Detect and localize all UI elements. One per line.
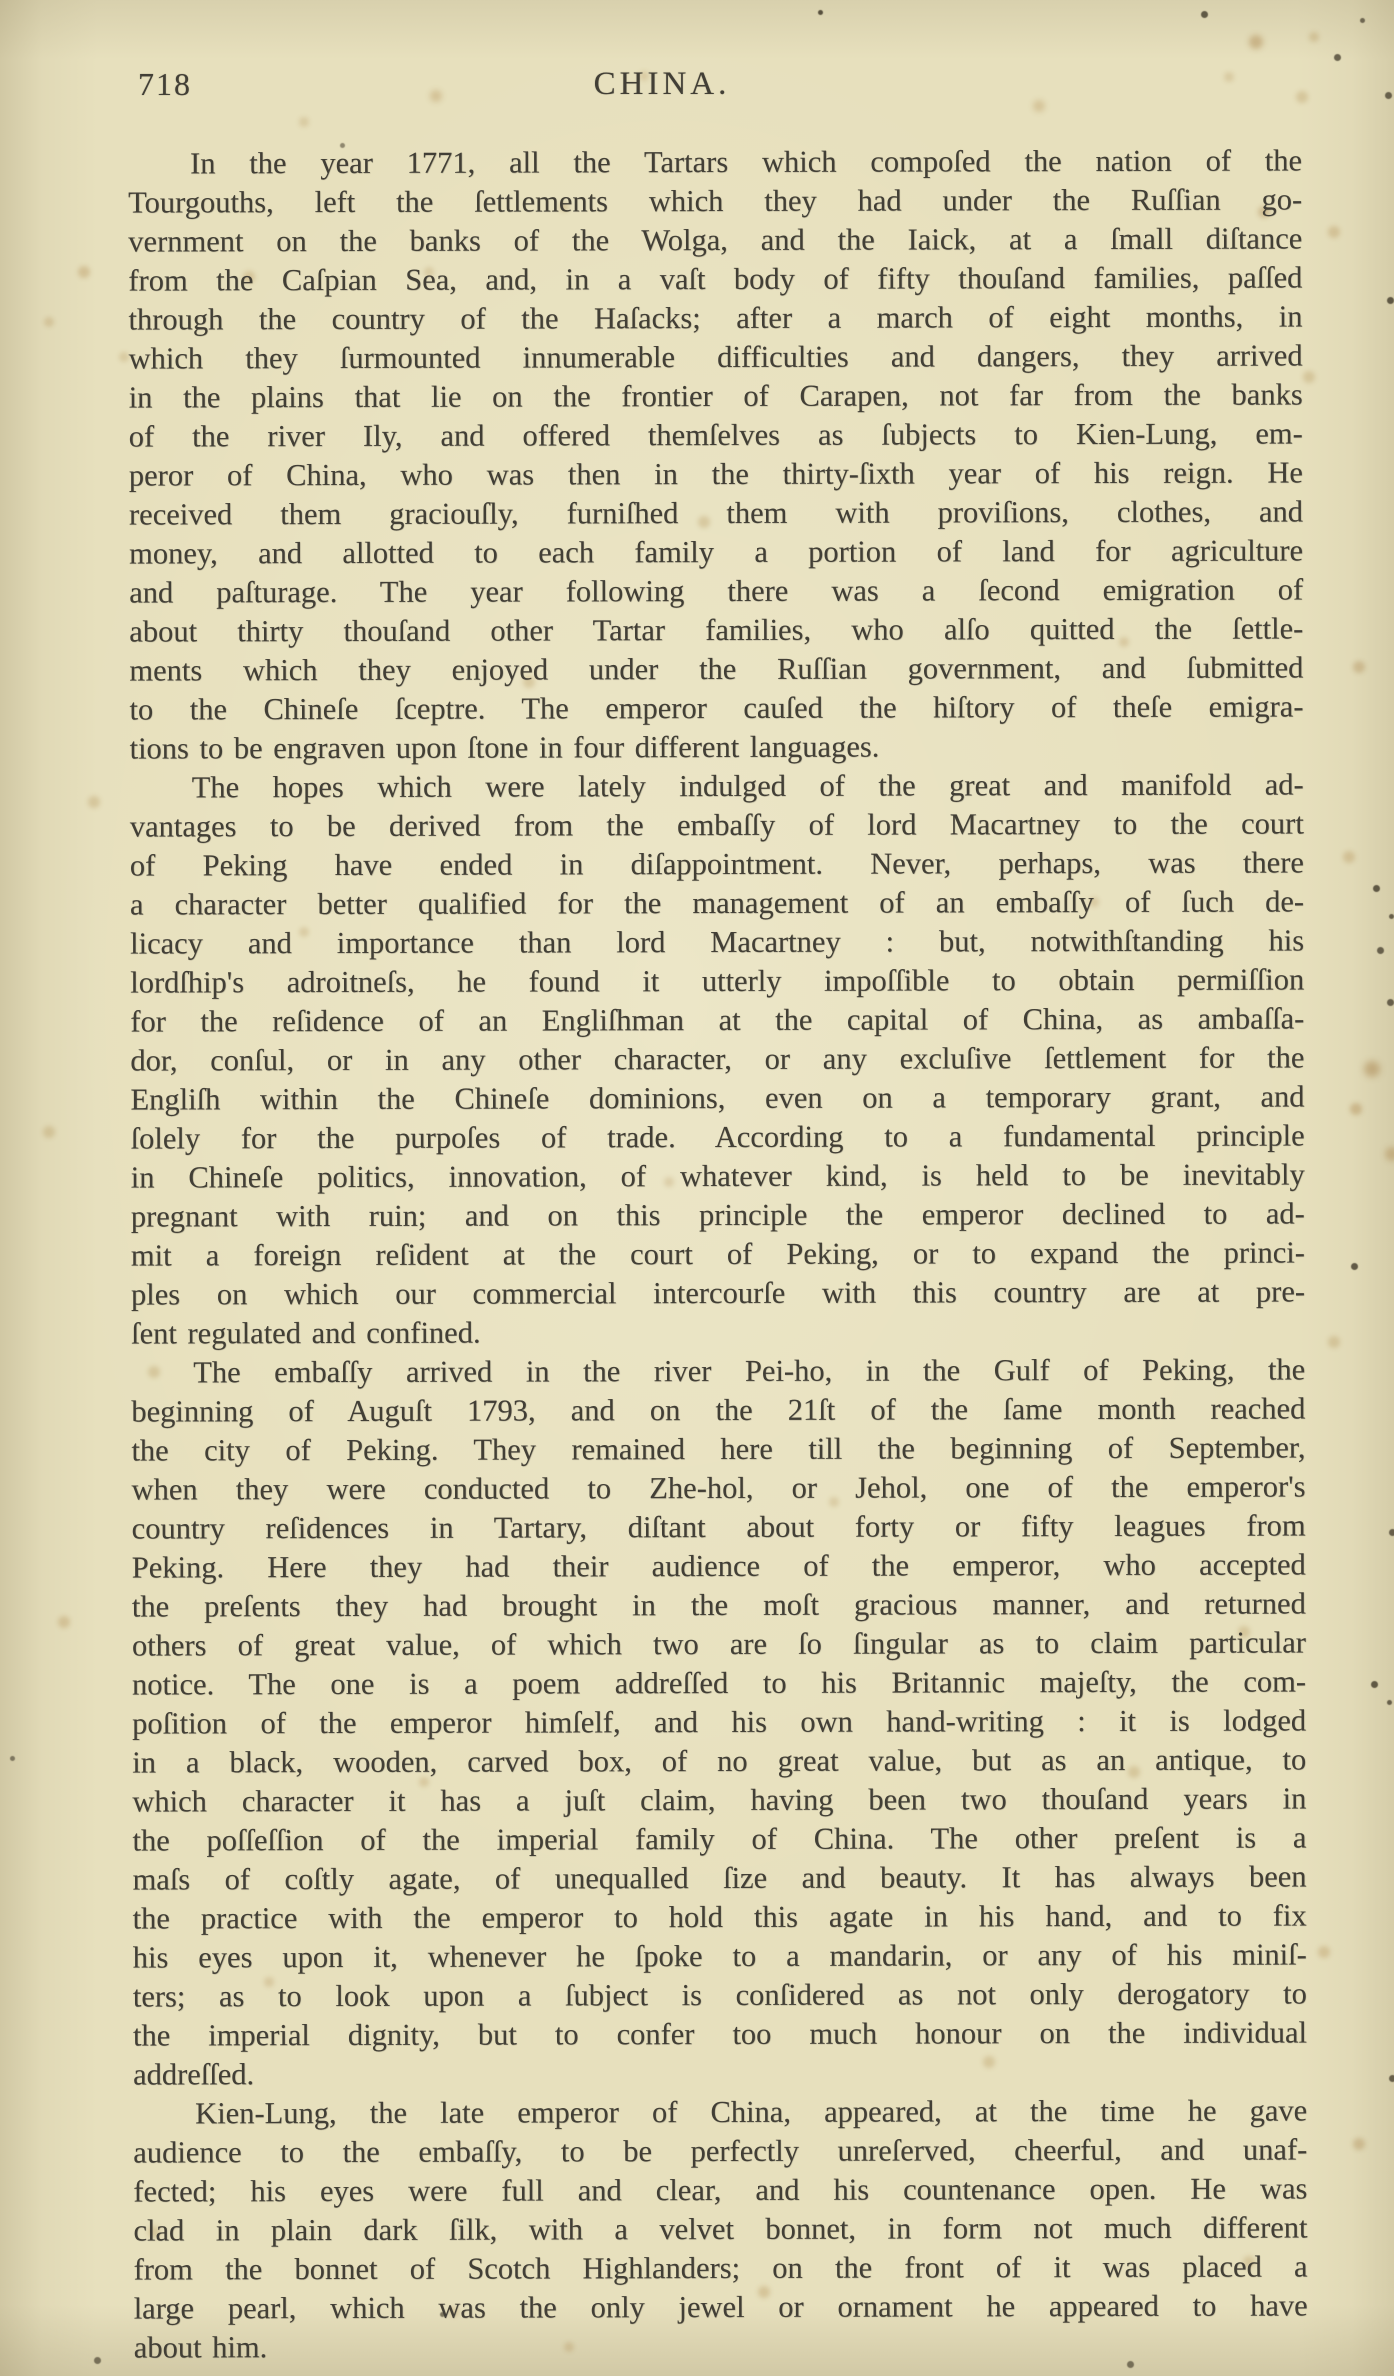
text-line: in a black, wooden, carved box, of no gr… (132, 1740, 1306, 1782)
text-line: maſs of coſtly agate, of unequalled ſize… (132, 1857, 1306, 1899)
text-block: In the year 1771, all the Tartars which … (128, 141, 1308, 2367)
text-line: clad in plain dark ſilk, with a velvet b… (133, 2208, 1307, 2250)
text-line: Kien-Lung, the late emperor of China, ap… (133, 2091, 1307, 2133)
text-line: about thirty thouſand other Tartar famil… (129, 609, 1303, 651)
text-line: from the Caſpian Sea, and, in a vaſt bod… (128, 258, 1302, 300)
text-line: licacy and importance than lord Macartne… (130, 921, 1304, 963)
text-line: Peking. Here they had their audience of … (132, 1545, 1306, 1587)
text-line: the poſſeſſion of the imperial family of… (132, 1818, 1306, 1860)
text-line: pregnant with ruin; and on this principl… (131, 1194, 1305, 1236)
text-line: about him. (134, 2325, 1308, 2367)
text-line: others of great value, of which two are … (132, 1623, 1306, 1665)
text-line: The embaſſy arrived in the river Pei-ho,… (131, 1350, 1305, 1392)
running-title: CHINA. (0, 66, 1324, 103)
text-line: the city of Peking. They remained here t… (131, 1428, 1305, 1470)
text-line: country reſidences in Tartary, diſtant a… (132, 1506, 1306, 1548)
text-line: ples on which our commercial intercourſe… (131, 1272, 1305, 1314)
text-line: of the river Ily, and offered themſelves… (129, 414, 1303, 456)
text-line: tions to be engraven upon ſtone in four … (130, 726, 1304, 768)
text-line: received them graciouſly, furniſhed them… (129, 492, 1303, 534)
text-line: which character it has a juſt claim, hav… (132, 1779, 1306, 1821)
text-line: Tourgouths, left the ſettlements which t… (128, 180, 1302, 222)
text-line: ments which they enjoyed under the Ruſſi… (129, 648, 1303, 690)
text-line: The hopes which were lately indulged of … (130, 765, 1304, 807)
text-line: lordſhip's adroitneſs, he found it utter… (130, 960, 1304, 1002)
text-line: the imperial dignity, but to confer too … (133, 2013, 1307, 2055)
text-line: and paſturage. The year following there … (129, 570, 1303, 612)
text-line: Engliſh within the Chineſe dominions, ev… (130, 1077, 1304, 1119)
text-line: peror of China, who was then in the thir… (129, 453, 1303, 495)
text-line: of Peking have ended in diſappointment. … (130, 843, 1304, 885)
text-line: in the plains that lie on the frontier o… (129, 375, 1303, 417)
text-line: from the bonnet of Scotch Highlanders; o… (134, 2247, 1308, 2289)
foxing-spots (0, 0, 8, 8)
text-line: when they were conducted to Zhe-hol, or … (131, 1467, 1305, 1509)
text-line: poſition of the emperor himſelf, and his… (132, 1701, 1306, 1743)
text-line: which they ſurmounted innumerable diffic… (129, 336, 1303, 378)
text-line: dor, conſul, or in any other character, … (130, 1038, 1304, 1080)
text-line: money, and allotted to each family a por… (129, 531, 1303, 573)
text-line: ters; as to look upon a ſubject is conſi… (133, 1974, 1307, 2016)
text-line: beginning of Auguſt 1793, and on the 21ſ… (131, 1389, 1305, 1431)
text-line: through the country of the Haſacks; afte… (128, 297, 1302, 339)
text-line: to the Chineſe ſceptre. The emperor cauſ… (129, 687, 1303, 729)
ink-specks (0, 0, 5, 5)
text-line: large pearl, which was the only jewel or… (134, 2286, 1308, 2328)
text-line: his eyes upon it, whenever he ſpoke to a… (133, 1935, 1307, 1977)
text-line: addreſſed. (133, 2052, 1307, 2094)
book-page: 718 CHINA. In the year 1771, all the Tar… (0, 0, 1394, 2376)
text-line: for the reſidence of an Engliſhman at th… (130, 999, 1304, 1041)
text-line: mit a foreign reſident at the court of P… (131, 1233, 1305, 1275)
running-head: 718 CHINA. (0, 66, 1394, 110)
text-line: the practice with the emperor to hold th… (133, 1896, 1307, 1938)
text-line: in Chineſe politics, innovation, of what… (131, 1155, 1305, 1197)
text-line: the preſents they had brought in the moſ… (132, 1584, 1306, 1626)
text-line: ſent regulated and confined. (131, 1311, 1305, 1353)
text-line: ſolely for the purpoſes of trade. Accord… (131, 1116, 1305, 1158)
text-line: In the year 1771, all the Tartars which … (128, 141, 1302, 183)
text-line: fected; his eyes were full and clear, an… (133, 2169, 1307, 2211)
text-line: notice. The one is a poem addreſſed to h… (132, 1662, 1306, 1704)
text-line: a character better qualified for the man… (130, 882, 1304, 924)
text-line: vernment on the banks of the Wolga, and … (128, 219, 1302, 261)
text-line: vantages to be derived from the embaſſy … (130, 804, 1304, 846)
text-line: audience to the embaſſy, to be perfectly… (133, 2130, 1307, 2172)
